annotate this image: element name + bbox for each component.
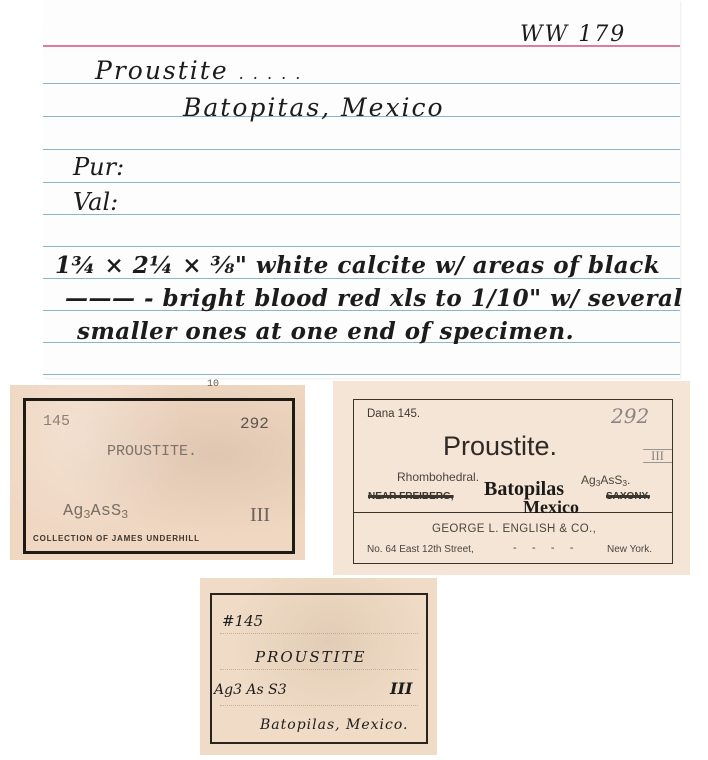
mineral-name-text: Proustite <box>95 56 229 85</box>
underhill-label-card: 10 145 292 PROUSTITE. Ag3AsS3 III COLLEC… <box>10 385 305 560</box>
struck-locality-right: SAXONY. <box>606 491 650 502</box>
faint-rule <box>220 633 418 634</box>
catalog-number: WW 179 <box>520 22 626 47</box>
mineral-name: PROUSTITE <box>255 648 367 666</box>
catalog-number: #145 <box>222 612 263 630</box>
dealer-address: No. 64 East 12th Street, <box>367 544 474 555</box>
value-label: Val: <box>73 188 118 216</box>
locality: Batopitas, Mexico <box>183 93 445 122</box>
chemical-formula: Ag3AsS3 <box>63 502 128 521</box>
label-divider <box>354 512 672 513</box>
faint-rule <box>220 705 418 706</box>
description-line-1: 1¾ × 2¼ × ⅜" white calcite w/ areas of b… <box>55 252 660 279</box>
system-numeral: III <box>390 679 412 698</box>
purchase-label: Pur: <box>73 153 124 181</box>
system-numeral: III <box>250 504 270 527</box>
crystal-system: Rhombohedral. <box>397 470 479 484</box>
chemical-formula: Ag3 As S3 <box>214 682 287 698</box>
dealer-city: New York. <box>607 544 652 555</box>
handwritten-number: 292 <box>611 404 649 428</box>
ruled-line <box>43 182 680 183</box>
mineral-name: Proustite . . . . . <box>95 56 302 85</box>
right-number: 292 <box>240 415 269 433</box>
description-line-3: smaller ones at one end of specimen. <box>77 318 574 345</box>
dana-number: Dana 145. <box>367 408 420 420</box>
handwritten-label-card: #145 PROUSTITE Ag3 As S3 III Batopilas, … <box>200 578 437 755</box>
trailing-dots: . . . . . <box>239 64 303 83</box>
ruled-line <box>43 214 680 215</box>
index-card: WW 179 Proustite . . . . . Batopitas, Me… <box>43 0 680 378</box>
ruled-line <box>43 149 680 150</box>
mineral-name: PROUSTITE. <box>107 443 197 460</box>
description-line-2: ——— - bright blood red xls to 1/10" w/ s… <box>65 285 683 312</box>
struck-locality-left: NEAR FREIBERG, <box>368 491 454 502</box>
faint-rule <box>220 669 418 670</box>
tab-mark: 10 <box>207 379 219 390</box>
new-locality-line-2: Mexico <box>523 497 579 518</box>
ruled-line <box>43 246 680 247</box>
left-number: 145 <box>43 413 70 430</box>
chemical-formula: Ag3AsS3. <box>581 473 630 487</box>
locality: Batopilas, Mexico. <box>260 717 409 733</box>
english-label-card: Dana 145. 292 Proustite. III Rhombohedra… <box>333 381 690 575</box>
ruled-line <box>43 374 680 375</box>
system-numeral: III <box>643 449 672 463</box>
dealer-name: GEORGE L. ENGLISH & CO., <box>432 523 596 535</box>
mineral-name: Proustite. <box>443 431 557 462</box>
address-dashes: - - - - <box>513 542 574 554</box>
collection-name: COLLECTION OF JAMES UNDERHILL <box>33 534 200 543</box>
